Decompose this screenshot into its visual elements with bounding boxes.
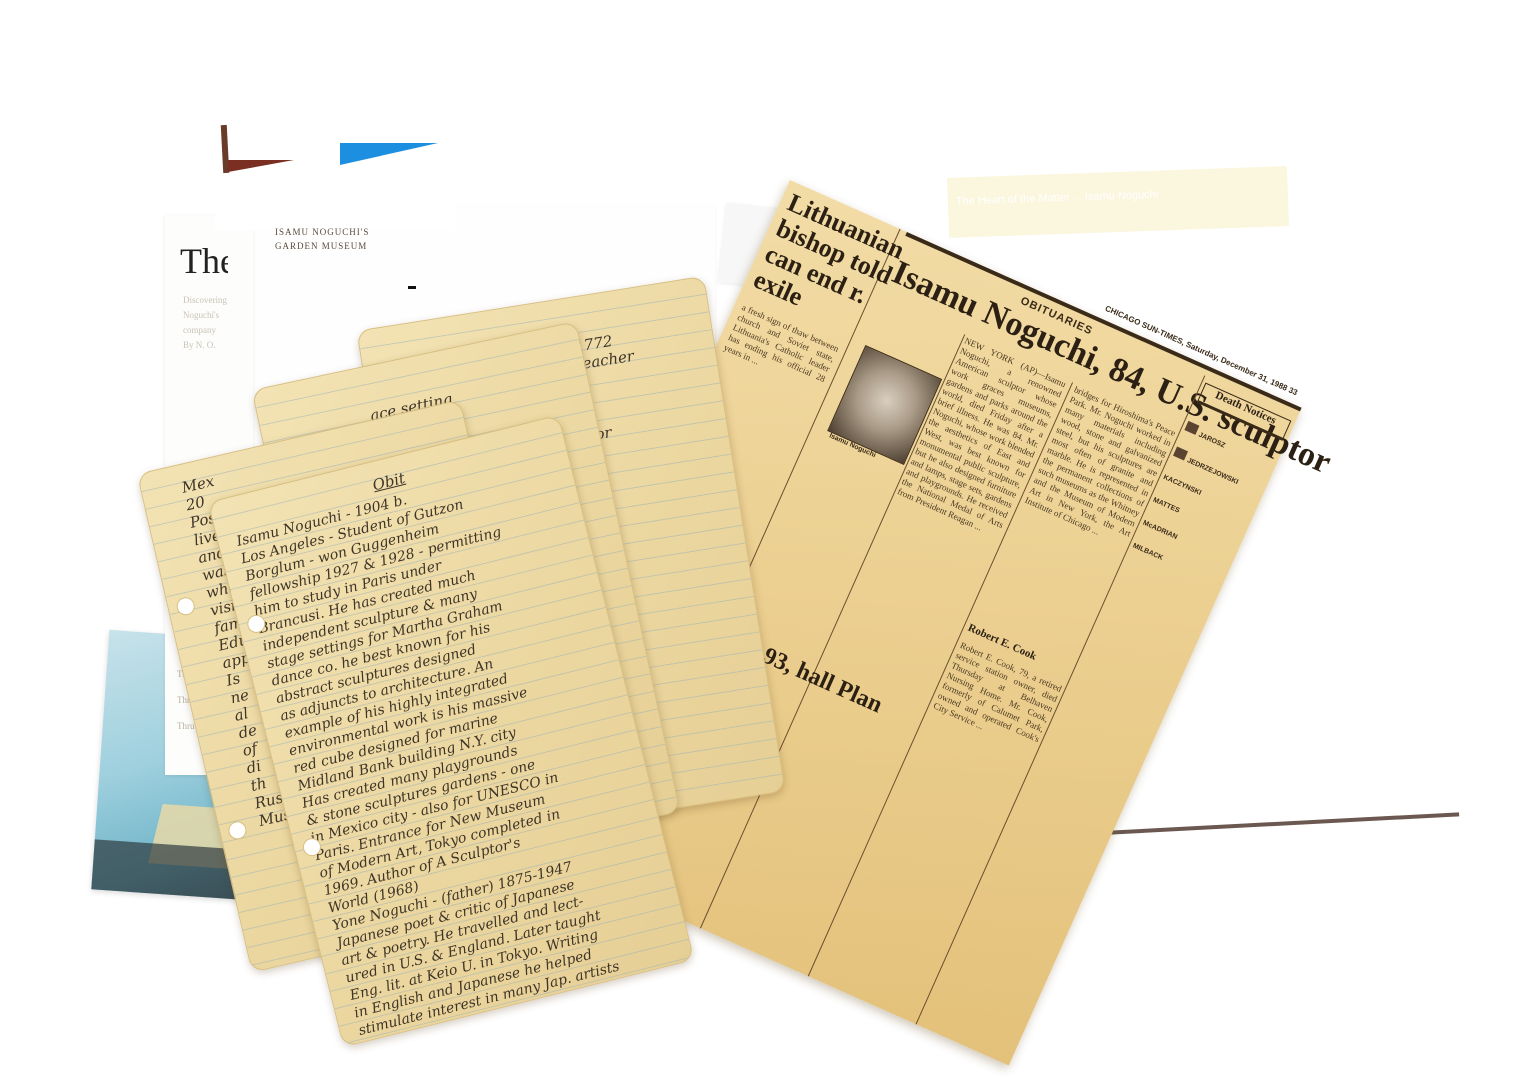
magazine-cover-strip <box>215 120 455 230</box>
magazine-title-fragment: The <box>180 240 228 282</box>
kicker-line: Garden Museum <box>275 239 369 253</box>
faint-line: company <box>183 323 228 338</box>
label-strip-text: The Heart of the Matter ... Isamu Noguch… <box>947 166 1288 226</box>
magazine-kicker: Isamu Noguchi's Garden Museum <box>275 225 369 253</box>
magazine-faint-text: Discovering Noguchi's company By N. O. <box>183 293 228 353</box>
flag-icon <box>1184 421 1199 435</box>
name-text: JAROSZ <box>1197 432 1226 450</box>
blue-triangle-graphic <box>340 143 438 165</box>
faint-line: Discovering <box>183 293 228 308</box>
name-text: JEDRZEJOWSKI <box>1186 457 1239 486</box>
faint-line: By N. O. <box>183 338 228 353</box>
brown-triangle-graphic <box>228 160 294 172</box>
cream-label-strip: The Heart of the Matter ... Isamu Noguch… <box>947 166 1289 238</box>
dash-mark <box>408 286 416 289</box>
flag-icon <box>1173 446 1188 460</box>
kicker-line: Isamu Noguchi's <box>275 225 369 239</box>
faint-line: Noguchi's <box>183 308 228 323</box>
